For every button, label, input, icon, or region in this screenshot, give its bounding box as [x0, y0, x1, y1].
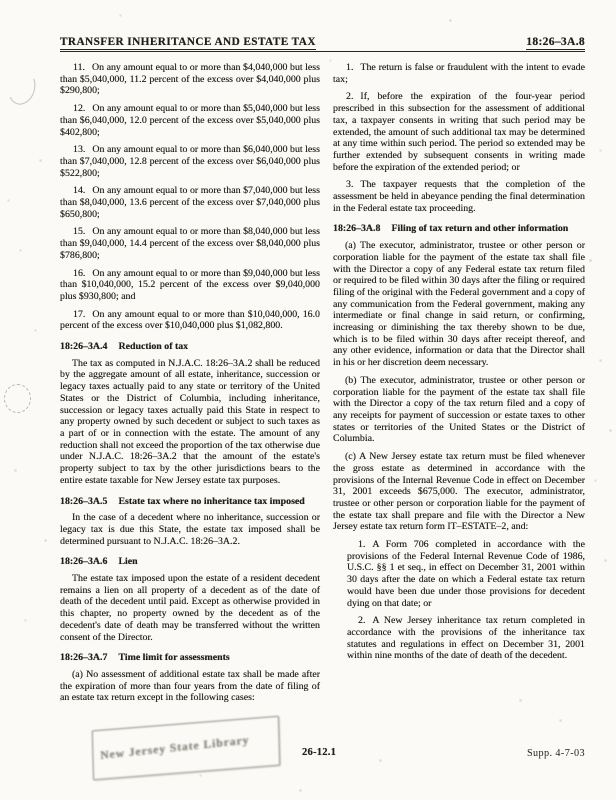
- section-number: 18:26–3A.8: [333, 223, 380, 234]
- item-number: 17.: [73, 309, 85, 320]
- paragraph: The estate tax imposed upon the estate o…: [60, 573, 320, 643]
- item-text: On any amount equal to or more than $6,0…: [60, 144, 320, 178]
- item-number: 11.: [73, 62, 85, 73]
- punch-hole-artifact: [4, 384, 31, 413]
- section-title: Reduction of tax: [118, 341, 188, 352]
- item-number: 2.: [346, 91, 353, 102]
- library-stamp: New Jersey State Library: [92, 716, 281, 781]
- list-item-11: 11.On any amount equal to or more than $…: [60, 62, 320, 97]
- section-number: 18:26–3A.4: [60, 341, 107, 352]
- item-number: 1.: [346, 62, 353, 73]
- list-item-3: 3.The taxpayer requests that the complet…: [333, 179, 585, 214]
- item-text: On any amount equal to or more than $4,0…: [60, 62, 320, 96]
- item-text: The taxpayer requests that the completio…: [333, 179, 585, 213]
- section-title: Lien: [118, 556, 137, 567]
- item-number: 12.: [73, 103, 85, 114]
- section-number: 18:26–3A.6: [60, 556, 107, 567]
- paragraph: In the case of a decedent where no inher…: [60, 512, 320, 547]
- paragraph: The tax as computed in N.J.A.C. 18:26–3A…: [60, 358, 320, 487]
- header-title: TRANSFER INHERITANCE AND ESTATE TAX: [60, 36, 316, 50]
- page-number: 26-12.1: [302, 747, 336, 758]
- item-number: 16.: [73, 268, 85, 279]
- item-number: 3.: [346, 179, 353, 190]
- section-heading-3A5: 18:26–3A.5Estate tax where no inheritanc…: [60, 496, 320, 508]
- list-item-15: 15.On any amount equal to or more than $…: [60, 226, 320, 261]
- page-header: TRANSFER INHERITANCE AND ESTATE TAX 18:2…: [60, 35, 585, 50]
- left-column: 11.On any amount equal to or more than $…: [60, 62, 320, 710]
- section-number: 18:26–3A.7: [60, 652, 107, 663]
- document-page: TRANSFER INHERITANCE AND ESTATE TAX 18:2…: [0, 0, 616, 800]
- item-text: On any amount equal to or more than $7,0…: [60, 185, 320, 219]
- item-text: The return is false or fraudulent with t…: [333, 62, 585, 85]
- paragraph-c: (c) A New Jersey estate tax return must …: [333, 451, 585, 533]
- item-text: A Form 706 completed in accordance with …: [347, 539, 585, 609]
- section-title: Filing of tax return and other informati…: [391, 223, 568, 234]
- section-heading-3A6: 18:26–3A.6Lien: [60, 556, 320, 568]
- section-heading-3A7: 18:26–3A.7Time limit for assessments: [60, 652, 320, 664]
- item-number: 15.: [73, 226, 85, 237]
- paragraph-a: (a) The executor, administrator, trustee…: [333, 240, 585, 369]
- list-item-13: 13.On any amount equal to or more than $…: [60, 144, 320, 179]
- list-item-14: 14.On any amount equal to or more than $…: [60, 185, 320, 220]
- list-item-17: 17.On any amount equal to or more than $…: [60, 309, 320, 332]
- header-rule: [60, 51, 585, 52]
- item-number: 13.: [73, 144, 85, 155]
- item-text: On any amount equal to or more than $5,0…: [60, 103, 320, 137]
- item-number: 2.: [358, 615, 365, 626]
- section-number: 18:26–3A.5: [60, 496, 107, 507]
- scan-noise: [0, 0, 1, 1]
- item-text: If, before the expiration of the four-ye…: [333, 91, 585, 172]
- paragraph: (a) No assessment of additional estate t…: [60, 669, 320, 704]
- item-text: On any amount equal to or more than $8,0…: [60, 226, 320, 260]
- sub-list-item-1: 1.A Form 706 completed in accordance wit…: [347, 539, 585, 609]
- item-number: 14.: [73, 185, 85, 196]
- section-title: Time limit for assessments: [118, 652, 229, 663]
- item-text: On any amount equal to or more than $9,0…: [60, 268, 320, 302]
- supplement-date: Supp. 4-7-03: [527, 748, 585, 759]
- header-section-ref: 18:26–3A.8: [526, 35, 585, 50]
- list-item-2: 2.If, before the expiration of the four-…: [333, 91, 585, 173]
- section-heading-3A4: 18:26–3A.4Reduction of tax: [60, 341, 320, 353]
- scan-arc-artifact: [4, 68, 39, 108]
- section-title: Estate tax where no inheritance tax impo…: [118, 496, 304, 507]
- paragraph-b: (b) The executor, administrator, trustee…: [333, 375, 585, 445]
- list-item-1: 1.The return is false or fraudulent with…: [333, 62, 585, 85]
- item-text: A New Jersey inheritance tax return comp…: [347, 615, 585, 661]
- item-number: 1.: [358, 539, 365, 550]
- right-column: 1.The return is false or fraudulent with…: [333, 62, 585, 710]
- item-text: On any amount equal to or more than $10,…: [60, 309, 320, 332]
- section-heading-3A8: 18:26–3A.8Filing of tax return and other…: [333, 223, 585, 235]
- sub-list-item-2: 2.A New Jersey inheritance tax return co…: [347, 615, 585, 662]
- list-item-16: 16.On any amount equal to or more than $…: [60, 268, 320, 303]
- document-body: 11.On any amount equal to or more than $…: [60, 62, 585, 710]
- list-item-12: 12.On any amount equal to or more than $…: [60, 103, 320, 138]
